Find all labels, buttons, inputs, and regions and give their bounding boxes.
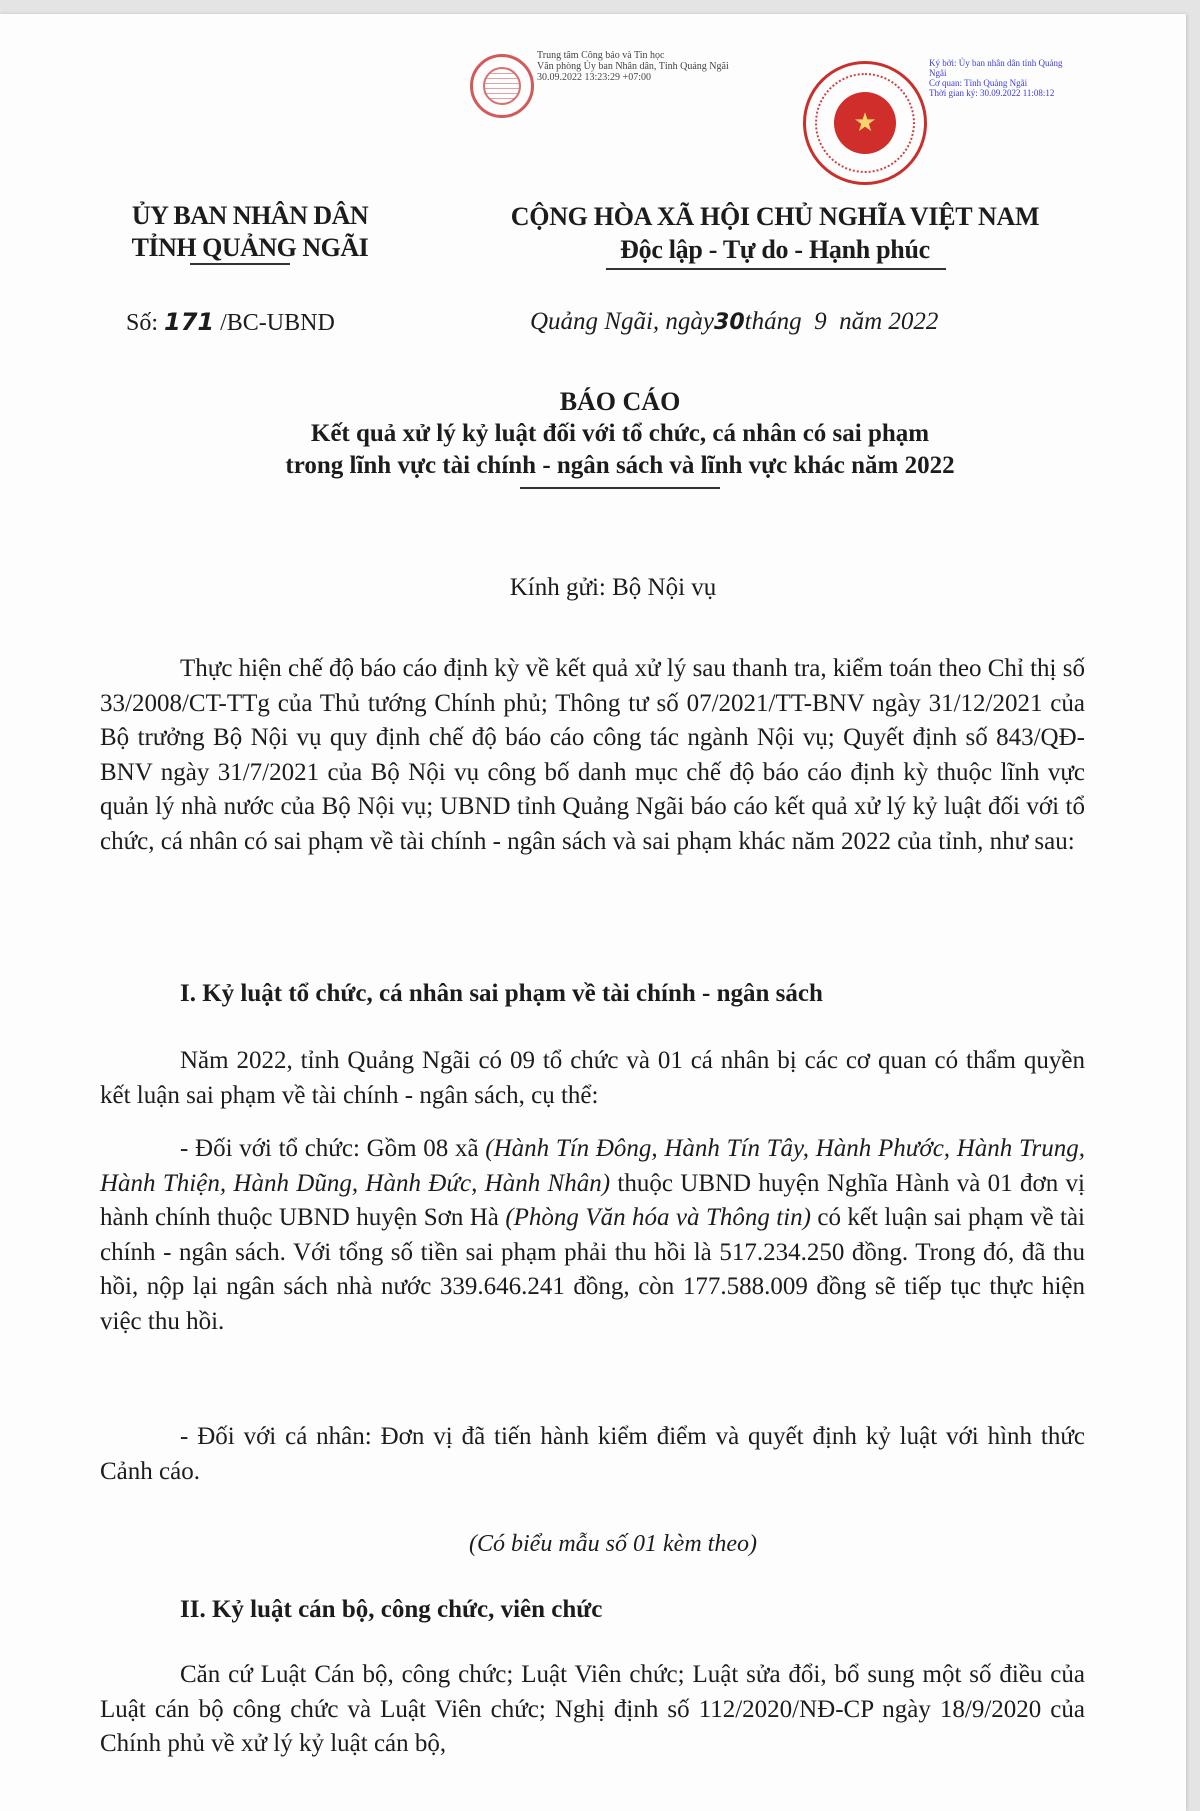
center-seal-icon bbox=[470, 54, 534, 118]
section-1-paragraph-individuals: - Đối với cá nhân: Đơn vị đã tiến hành k… bbox=[100, 1420, 1085, 1489]
report-title: BÁO CÁO Kết quả xử lý kỷ luật đối với tổ… bbox=[100, 386, 1140, 482]
document-number: Số: 171 /BC-UBND bbox=[126, 308, 335, 337]
section-2-heading: II. Kỷ luật cán bộ, công chức, viên chức bbox=[180, 1596, 602, 1624]
star-emblem-icon: ★ bbox=[834, 92, 896, 154]
appendix-note: (Có biểu mẫu số 01 kèm theo) bbox=[0, 1531, 1186, 1558]
title-underline bbox=[520, 487, 720, 489]
national-motto: CỘNG HÒA XÃ HỘI CHỦ NGHĨA VIỆT NAM Độc l… bbox=[430, 200, 1120, 266]
center-signature-text: Trung tâm Công báo và Tin học Văn phòng … bbox=[537, 50, 757, 83]
motto-underline bbox=[606, 268, 946, 270]
document-page: Trung tâm Công báo và Tin học Văn phòng … bbox=[0, 14, 1186, 1811]
issuer-underline bbox=[190, 263, 290, 265]
intro-paragraph: Thực hiện chế độ báo cáo định kỳ về kết … bbox=[100, 652, 1085, 859]
issuer-name: ỦY BAN NHÂN DÂN TỈNH QUẢNG NGÃI bbox=[100, 200, 400, 264]
section-1-paragraph-organizations: - Đối với tổ chức: Gồm 08 xã (Hành Tín Đ… bbox=[100, 1132, 1085, 1339]
official-signature-text: Ký bởi: Ủy ban nhân dân tỉnh Quảng Ngãi … bbox=[929, 58, 1079, 98]
section-1-heading: I. Kỷ luật tổ chức, cá nhân sai phạm về … bbox=[180, 980, 823, 1008]
section-2-paragraph-1: Căn cứ Luật Cán bộ, công chức; Luật Viên… bbox=[100, 1658, 1085, 1762]
official-seal-icon: ★ bbox=[803, 61, 927, 185]
section-1-paragraph-1: Năm 2022, tỉnh Quảng Ngãi có 09 tổ chức … bbox=[100, 1044, 1085, 1113]
recipient-line: Kính gửi: Bộ Nội vụ bbox=[0, 574, 1186, 602]
document-date: Quảng Ngãi, ngày30tháng 9 năm 2022 bbox=[530, 308, 938, 336]
